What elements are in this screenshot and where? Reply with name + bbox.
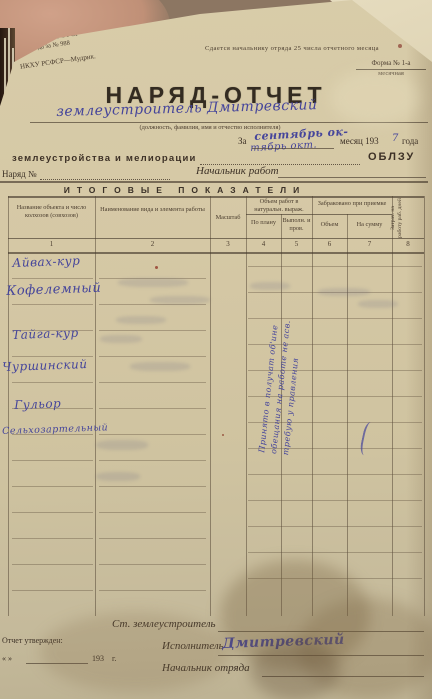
table-row-line — [12, 564, 93, 565]
entry-object-name: Айвах-кур — [12, 254, 81, 270]
pencil-smudge — [358, 300, 398, 308]
speck — [398, 44, 402, 48]
stain — [250, 640, 340, 699]
table-row-line — [12, 538, 93, 539]
pencil-smudge — [318, 288, 370, 296]
speck — [155, 266, 158, 269]
table-row-line — [99, 538, 206, 539]
table-row-line — [12, 278, 93, 279]
form-page: 1436-7 постан. СНК РСФСР 1934 года за № … — [0, 0, 432, 699]
table-row-line — [12, 512, 93, 513]
table-row-line — [99, 512, 206, 513]
scanned-document-photo: 1436-7 постан. СНК РСФСР 1934 года за № … — [0, 0, 432, 699]
table-row-line — [99, 304, 206, 305]
stain — [330, 70, 420, 125]
pencil-smudge — [130, 362, 190, 371]
entry-object-name: Чуршинский — [2, 357, 88, 374]
entry-object-name: Тайга-кур — [12, 326, 79, 342]
table-row-line — [99, 356, 206, 357]
table-row-line — [12, 486, 93, 487]
table-row-line — [12, 590, 93, 591]
table-row-line — [12, 382, 93, 383]
table-row-line — [248, 526, 422, 527]
table-row-line — [248, 474, 422, 475]
pencil-smudge — [250, 282, 290, 290]
table-row-line — [248, 500, 422, 501]
table-row-line — [248, 552, 422, 553]
pencil-smudge — [150, 296, 210, 304]
table-row-line — [12, 460, 93, 461]
table-row-line — [99, 486, 206, 487]
table-row-line — [99, 408, 206, 409]
pencil-smudge — [118, 278, 188, 287]
table-row-line — [12, 304, 93, 305]
pencil-smudge — [96, 472, 140, 481]
table-row-line — [99, 590, 206, 591]
date-quotes: « » — [2, 654, 12, 663]
table-row-line — [99, 434, 206, 435]
pencil-smudge — [116, 316, 166, 324]
table-row-line — [99, 564, 206, 565]
stain — [40, 612, 230, 692]
entry-object-name: Гульор — [14, 396, 61, 412]
table-row-line — [99, 382, 206, 383]
pencil-smudge — [96, 440, 148, 450]
pencil-smudge — [100, 335, 142, 343]
table-row-line — [248, 266, 422, 267]
speck — [222, 434, 224, 436]
table-row-line — [99, 460, 206, 461]
table-row-line — [99, 330, 206, 331]
